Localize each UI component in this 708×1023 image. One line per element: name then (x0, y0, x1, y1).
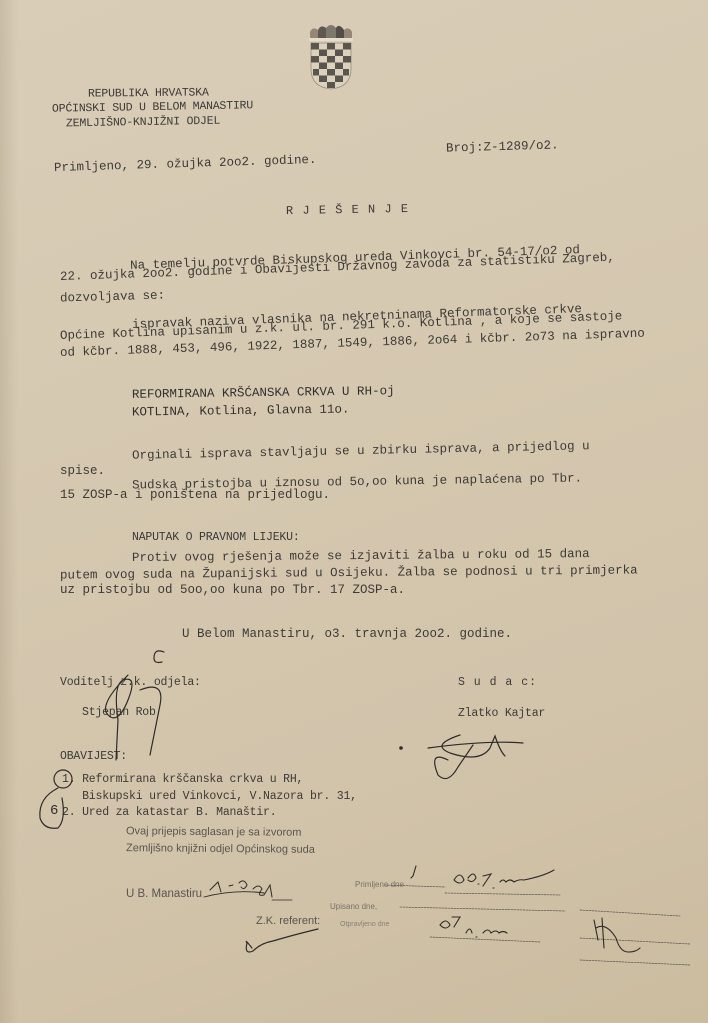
margin-mark: 6 (50, 803, 58, 819)
handwritten-ink-layer: 6 (0, 0, 708, 1023)
court-decision-document: REPUBLIKA HRVATSKA OPĆINSKI SUD U BELOM … (0, 0, 708, 1023)
initial-mark (154, 651, 164, 663)
